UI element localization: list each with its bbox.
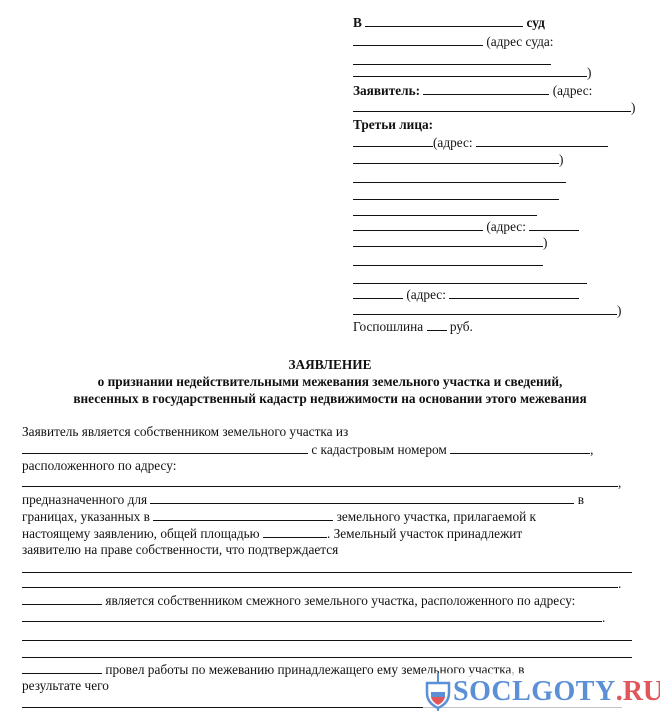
third-party-3-address-field-2[interactable]: [353, 302, 617, 315]
body-line: границах, указанных в земельного участка…: [22, 508, 536, 525]
neighbor-name-field[interactable]: [22, 592, 102, 605]
fee-line: Госпошлина руб.: [353, 318, 473, 335]
third-party-2-name-field[interactable]: [353, 218, 483, 231]
ownership-document-field[interactable]: [22, 575, 618, 588]
boundary-document-field[interactable]: [153, 508, 333, 521]
document-subtitle-line-2: внесенных в государственный кадастр недв…: [0, 390, 660, 407]
court-address-line-3: ): [353, 64, 591, 81]
court-suffix: суд: [527, 15, 545, 30]
body-text: земельного участка, прилагаемой к: [337, 509, 536, 524]
blank-line[interactable]: [22, 657, 632, 658]
body-text: . Земельный участок принадлежит: [327, 526, 522, 541]
body-text: является собственником смежного земельно…: [105, 593, 575, 608]
body-text: расположенного по адресу:: [22, 458, 176, 474]
body-text: заявителю на праве собственности, что по…: [22, 542, 338, 558]
plot-address-field[interactable]: [22, 474, 618, 487]
third-party-1-line: (адрес:: [353, 134, 608, 151]
third-party-1-address-line-2: ): [353, 151, 563, 168]
body-line: .: [22, 609, 605, 626]
body-text: с кадастровым номером: [311, 442, 446, 457]
blank-line[interactable]: [22, 572, 632, 573]
blank-line[interactable]: [353, 182, 566, 183]
land-category-field[interactable]: [22, 441, 308, 454]
body-line: с кадастровым номером ,: [22, 441, 593, 458]
body-line: предназначенного для в: [22, 491, 584, 508]
blank-line[interactable]: [353, 215, 537, 216]
fee-amount-field[interactable]: [427, 318, 447, 331]
body-text: результате чего: [22, 678, 109, 694]
applicant-address-field[interactable]: [353, 99, 631, 112]
shield-sword-icon: [423, 673, 453, 711]
fee-unit: руб.: [450, 319, 473, 334]
court-address-field-3[interactable]: [353, 64, 587, 77]
body-line: ,: [22, 474, 621, 491]
applicant-line: Заявитель: (адрес:: [353, 82, 592, 99]
third-party-1-address-label: (адрес:: [433, 135, 473, 150]
body-text: настоящему заявлению, общей площадью: [22, 526, 260, 541]
area-field[interactable]: [263, 525, 327, 538]
court-address-field[interactable]: [353, 33, 483, 46]
blank-line[interactable]: [353, 199, 559, 200]
body-line: является собственником смежного земельно…: [22, 592, 575, 609]
blank-line[interactable]: [22, 640, 632, 641]
body-text: предназначенного для: [22, 492, 147, 507]
third-party-2-address-field[interactable]: [529, 218, 579, 231]
third-party-3-line: (адрес:: [353, 286, 579, 303]
third-party-1-address-field[interactable]: [476, 134, 608, 147]
third-party-2-address-label: (адрес:: [486, 219, 526, 234]
body-text: Заявитель является собственником земельн…: [22, 424, 348, 440]
cadastral-number-field[interactable]: [450, 441, 590, 454]
third-party-2-line: (адрес:: [353, 218, 579, 235]
court-line: В суд: [353, 14, 545, 31]
third-parties-label: Третьи лица:: [353, 117, 433, 133]
applicant-address-line: ): [353, 99, 635, 116]
close-paren: ): [617, 303, 621, 318]
punct: .: [602, 610, 605, 625]
third-party-2-address-field-2[interactable]: [353, 234, 543, 247]
third-party-3-address-label: (адрес:: [406, 287, 446, 302]
watermark-text: SOCLGOTY: [453, 676, 616, 708]
third-party-3-address-line-2: ): [353, 302, 621, 319]
body-line: .: [22, 575, 621, 592]
surveyor-name-field[interactable]: [22, 661, 102, 674]
third-party-2-address-line-2: ): [353, 234, 547, 251]
third-party-1-name-field[interactable]: [353, 134, 433, 147]
punct: ,: [618, 475, 621, 490]
court-address-line: (адрес суда:: [353, 33, 553, 50]
document-title: ЗАЯВЛЕНИЕ: [0, 356, 660, 373]
punct: ,: [590, 442, 593, 457]
third-party-3-name-field[interactable]: [353, 286, 403, 299]
body-text: границах, указанных в: [22, 509, 150, 524]
neighbor-address-field[interactable]: [22, 609, 602, 622]
applicant-address-label: (адрес:: [553, 83, 593, 98]
close-paren: ): [631, 100, 635, 115]
close-paren: ): [543, 235, 547, 250]
applicant-name-field[interactable]: [423, 82, 549, 95]
document-subtitle-line-1: о признании недействительными межевания …: [0, 373, 660, 390]
third-party-1-address-field-2[interactable]: [353, 151, 559, 164]
blank-line[interactable]: [353, 283, 587, 284]
close-paren: ): [587, 65, 591, 80]
punct: .: [618, 576, 621, 591]
close-paren: ): [559, 152, 563, 167]
blank-line[interactable]: [353, 265, 543, 266]
purpose-field[interactable]: [150, 491, 574, 504]
third-party-3-address-field[interactable]: [449, 286, 579, 299]
court-address-label: (адрес суда:: [486, 34, 553, 49]
body-line: настоящему заявлению, общей площадью . З…: [22, 525, 522, 542]
body-text: в: [578, 492, 584, 507]
court-prefix: В: [353, 15, 362, 30]
court-name-field[interactable]: [365, 14, 523, 27]
watermark-domain: .RU: [616, 676, 660, 708]
applicant-label: Заявитель:: [353, 83, 420, 98]
fee-label: Госпошлина: [353, 319, 423, 334]
watermark: SOCLGOTY.RU: [423, 673, 660, 711]
